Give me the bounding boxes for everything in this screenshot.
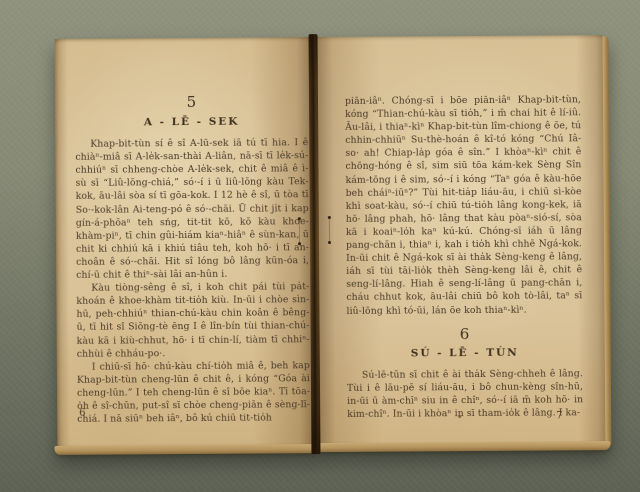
- staple-end-icon: [328, 241, 331, 244]
- page-number: 7: [556, 410, 562, 421]
- open-book: 5 A - LĒ - SEK Khap-bit-tùn sí ê sî A-lū…: [55, 35, 608, 453]
- staple-wire: [299, 220, 300, 242]
- staple-wire: [329, 219, 330, 241]
- continuation-paragraph: piān-iâⁿ. Chóng-sī i bōe piān-iâⁿ Khap-b…: [345, 93, 583, 317]
- photo-backdrop: 5 A - LĒ - SEK Khap-bit-tùn sí ê sî A-lū…: [0, 0, 640, 492]
- right-page-text-block: piān-iâⁿ. Chóng-sī i bōe piān-iâⁿ Khap-b…: [345, 93, 583, 421]
- right-page: piān-iâⁿ. Chóng-sī i bōe piān-iâⁿ Khap-b…: [316, 35, 608, 445]
- section-title: SÚ - LĒ - TÙN: [347, 346, 583, 361]
- paragraph: Sú-lē-tūn sī chit ê ài tha̍k Sèng-chheh …: [347, 367, 583, 421]
- page-number: 6: [79, 408, 85, 419]
- paragraph: Kàu tiòng-sêng ê sî, i koh chit pái tùi …: [76, 280, 310, 360]
- paragraph: Khap-bit-tùn sí ê sî A-lū-sek iā tú tī h…: [75, 136, 309, 282]
- paragraph: I chiū-sī hō· chú-kàu chí-tio̍h miâ ê, b…: [77, 359, 310, 426]
- section-number: 6: [347, 325, 583, 343]
- chapter-number: 5: [75, 93, 308, 111]
- ink-speck: [458, 415, 461, 418]
- staple-end-icon: [298, 242, 301, 245]
- chapter-title: A - LĒ - SEK: [75, 115, 308, 130]
- left-page-text-block: 5 A - LĒ - SEK Khap-bit-tùn sí ê sî A-lū…: [75, 93, 310, 426]
- left-page: 5 A - LĒ - SEK Khap-bit-tùn sí ê sî A-lū…: [55, 37, 316, 447]
